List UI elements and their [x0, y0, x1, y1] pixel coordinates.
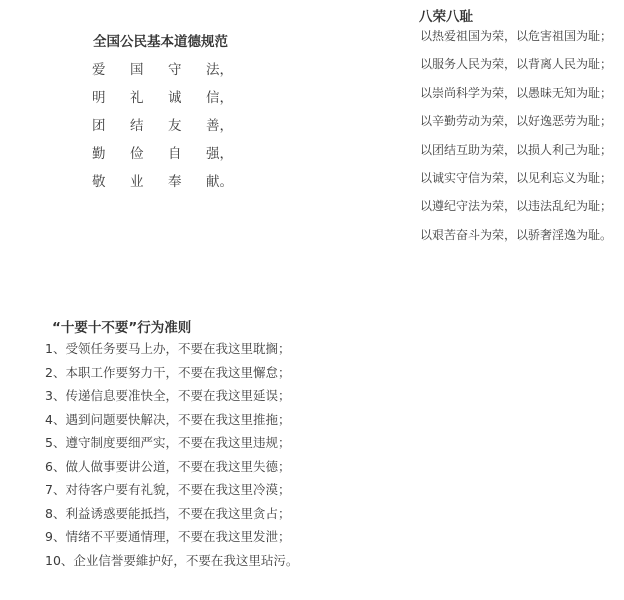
conduct-item: 2、本职工作要努力干，不要在我这里懈怠； — [45, 361, 298, 385]
honors-line: 以诚实守信为荣，以见利忘义为耻； — [420, 164, 612, 192]
honors-line: 以热爱祖国为荣，以危害祖国为耻； — [420, 22, 612, 50]
conduct-item: 4、遇到问题要快解决，不要在我这里推拖； — [45, 408, 298, 432]
moral-char: 奉 — [168, 170, 206, 190]
moral-punct: ， — [220, 142, 234, 162]
moral-standards-rows: 爱国守法， 明礼诚信， 团结友善， 勤俭自强， 敬业奉献。 — [92, 58, 233, 198]
moral-char: 法 — [206, 58, 220, 78]
moral-row: 勤俭自强， — [92, 142, 233, 170]
moral-char: 信 — [206, 86, 220, 106]
conduct-item: 6、做人做事要讲公道，不要在我这里失德； — [45, 455, 298, 479]
moral-char: 勤 — [92, 142, 130, 162]
conduct-item: 3、传递信息要准快全，不要在我这里延误； — [45, 384, 298, 408]
moral-char: 友 — [168, 114, 206, 134]
conduct-item: 8、利益诱惑要能抵挡，不要在我这里贪占； — [45, 502, 298, 526]
document-page: 全国公民基本道德规范 爱国守法， 明礼诚信， 团结友善， 勤俭自强， 敬业奉献。… — [0, 0, 624, 600]
honors-line: 以辛勤劳动为荣，以好逸恶劳为耻； — [420, 107, 612, 135]
moral-char: 国 — [130, 58, 168, 78]
moral-char: 强 — [206, 142, 220, 162]
honors-line: 以团结互助为荣，以损人利己为耻； — [420, 136, 612, 164]
moral-char: 爱 — [92, 58, 130, 78]
moral-row: 爱国守法， — [92, 58, 233, 86]
conduct-item: 7、对待客户要有礼貌，不要在我这里冷漠； — [45, 478, 298, 502]
moral-char: 俭 — [130, 142, 168, 162]
conduct-item: 1、受领任务要马上办，不要在我这里耽搁； — [45, 337, 298, 361]
moral-char: 善 — [206, 114, 220, 134]
honors-line: 以服务人民为荣，以背离人民为耻； — [420, 50, 612, 78]
moral-standards-title: 全国公民基本道德规范 — [93, 30, 228, 50]
moral-row: 团结友善， — [92, 114, 233, 142]
moral-punct: ， — [220, 114, 234, 134]
moral-row: 敬业奉献。 — [92, 170, 233, 198]
moral-char: 结 — [130, 114, 168, 134]
moral-char: 礼 — [130, 86, 168, 106]
eight-honors-list: 以热爱祖国为荣，以危害祖国为耻； 以服务人民为荣，以背离人民为耻； 以崇尚科学为… — [420, 22, 612, 249]
moral-punct: 。 — [220, 170, 234, 190]
moral-char: 诚 — [168, 86, 206, 106]
conduct-item: 5、遵守制度要细严实，不要在我这里违规； — [45, 431, 298, 455]
conduct-item: 9、情绪不平要通情理，不要在我这里发泄； — [45, 525, 298, 549]
honors-line: 以遵纪守法为荣，以违法乱纪为耻； — [420, 192, 612, 220]
moral-char: 献 — [206, 170, 220, 190]
moral-punct: ， — [220, 58, 234, 78]
moral-row: 明礼诚信， — [92, 86, 233, 114]
moral-char: 业 — [130, 170, 168, 190]
moral-punct: ， — [220, 86, 234, 106]
moral-char: 团 — [92, 114, 130, 134]
moral-char: 敬 — [92, 170, 130, 190]
moral-char: 自 — [168, 142, 206, 162]
code-of-conduct-title: “十要十不要”行为准则 — [52, 316, 191, 336]
honors-line: 以崇尚科学为荣，以愚昧无知为耻； — [420, 79, 612, 107]
moral-char: 明 — [92, 86, 130, 106]
code-of-conduct-list: 1、受领任务要马上办，不要在我这里耽搁； 2、本职工作要努力干，不要在我这里懈怠… — [45, 337, 298, 572]
moral-char: 守 — [168, 58, 206, 78]
honors-line: 以艰苦奋斗为荣，以骄奢淫逸为耻。 — [420, 221, 612, 249]
conduct-item: 10、企业信誉要維护好，不要在我这里玷污。 — [45, 549, 298, 573]
